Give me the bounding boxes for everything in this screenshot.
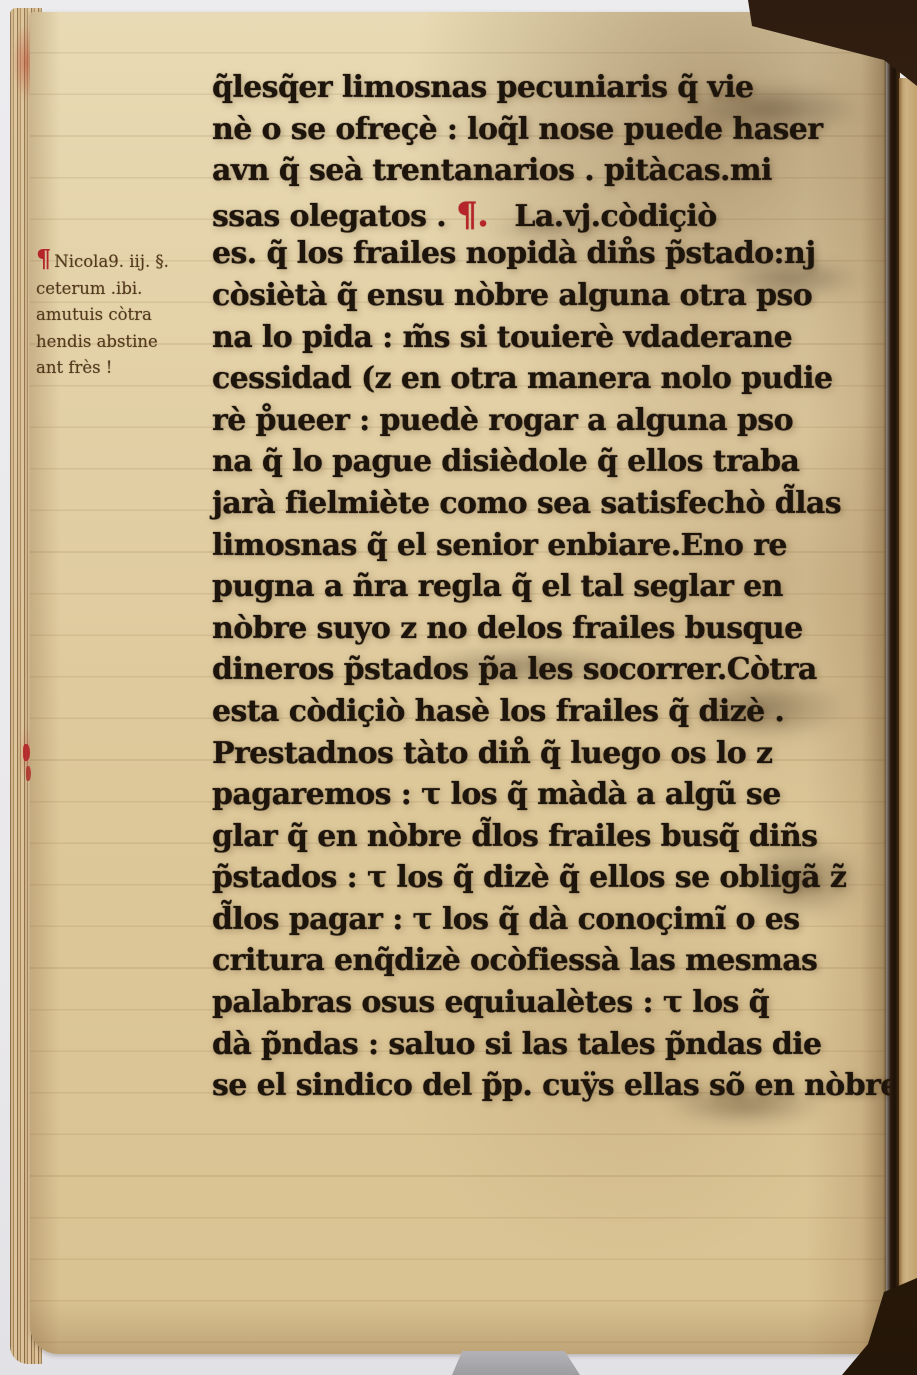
gloss-line: ceterum .ibi. [36, 276, 211, 303]
text-line: dineros p̃stados p̃a les socorrer.Còtra [212, 652, 867, 694]
text-segment: glar q̃ en nòbre d̃los frailes busq̃ diñ… [212, 819, 817, 854]
gloss-text: Nicola9. iij. §. [54, 252, 169, 271]
text-line: Prestadnos tàto din̊ q̃ luego os lo z [212, 736, 867, 778]
text-line: na q̃ lo pague disièdole q̃ ellos traba [212, 444, 867, 486]
text-line: pugna a ñra regla q̃ el tal seglar en [212, 569, 867, 611]
rubric-capitulum-icon: ¶. [456, 195, 488, 235]
text-line: nè o se ofreçè : loq̃l nose puede haser [212, 112, 867, 154]
gloss-line: hendis abstine [36, 329, 211, 356]
text-line: ssas olegatos .¶.La.vj.còdiçiò [212, 195, 867, 237]
text-segment: p̃stados : τ los q̃ dizè q̃ ellos se obl… [212, 860, 846, 895]
text-line: critura enq̃dizè ocòfiessà las mesmas [212, 943, 867, 985]
text-segment: q̃lesq̃er limosnas pecuniaris q̃ vie [212, 70, 754, 105]
text-line: cessidad (z en otra manera nolo pudie [212, 361, 867, 403]
text-segment: còsiètà q̃ ensu nòbre alguna otra pso [212, 278, 812, 313]
text-line: q̃lesq̃er limosnas pecuniaris q̃ vie [212, 70, 867, 112]
text-segment: na q̃ lo pague disièdole q̃ ellos traba [212, 444, 799, 479]
text-line: nòbre suyo z no delos frailes busque [212, 611, 867, 653]
gloss-text: amutuis còtra [36, 305, 152, 324]
text-segment: critura enq̃dizè ocòfiessà las mesmas [212, 943, 817, 978]
gloss-line: ant frès ! [36, 355, 211, 382]
text-line: esta còdiçiò hasè los frailes q̃ dizè . [212, 694, 867, 736]
binding-gutter-shadow [883, 58, 900, 1346]
text-segment: nòbre suyo z no delos frailes busque [212, 611, 803, 646]
book-support [452, 1351, 580, 1375]
text-segment: d̃los pagar : τ los q̃ dà conoçimĩ o es [212, 902, 800, 937]
text-line: glar q̃ en nòbre d̃los frailes busq̃ diñ… [212, 819, 867, 861]
text-segment: palabras osus equiualètes : τ los q̃ [212, 985, 769, 1020]
rubric-capitulum-icon: ¶ [36, 244, 51, 273]
text-line: limosnas q̃ el senior enbiare.Eno re [212, 528, 867, 570]
red-margin-fleck [23, 744, 30, 761]
text-segment: ssas olegatos . [212, 199, 446, 234]
manuscript-photo: ¶Nicola9. iij. §. ceterum .ibi. amutuis … [0, 0, 917, 1375]
text-segment: avn q̃ seà trentanarios . pitàcas.mi [212, 153, 772, 188]
text-line: p̃stados : τ los q̃ dizè q̃ ellos se obl… [212, 860, 867, 902]
text-line: avn q̃ seà trentanarios . pitàcas.mi [212, 153, 867, 195]
text-segment: pagaremos : τ los q̃ màdà a algũ se [212, 777, 781, 812]
gloss-text: ant frès ! [36, 358, 112, 377]
text-line: d̃los pagar : τ los q̃ dà conoçimĩ o es [212, 902, 867, 944]
text-line: es. q̃ los frailes nopidà din̊s p̃stado:… [212, 236, 867, 278]
marginal-gloss: ¶Nicola9. iij. §. ceterum .ibi. amutuis … [36, 246, 211, 382]
text-segment: limosnas q̃ el senior enbiare.Eno re [212, 528, 787, 563]
text-segment: pugna a ñra regla q̃ el tal seglar en [212, 569, 783, 604]
text-line: rè p̊ueer : puedè rogar a alguna pso [212, 403, 867, 445]
gloss-line: amutuis còtra [36, 302, 211, 329]
text-segment: dineros p̃stados p̃a les socorrer.Còtra [212, 652, 817, 687]
text-segment: La.vj.còdiçiò [514, 199, 716, 234]
facing-page-edge [899, 78, 917, 1340]
text-segment: nè o se ofreçè : loq̃l nose puede haser [212, 112, 822, 147]
text-line: se el sindico del p̃p. cuÿs ellas sõ en … [212, 1068, 867, 1110]
text-line: jarà fielmiète como sea satisfechò d̃las [212, 486, 867, 528]
gloss-line: ¶Nicola9. iij. §. [36, 246, 211, 276]
gloss-text: hendis abstine [36, 332, 158, 351]
text-segment: cessidad (z en otra manera nolo pudie [212, 361, 832, 396]
text-segment: rè p̊ueer : puedè rogar a alguna pso [212, 403, 793, 438]
text-line: dà p̃ndas : saluo si las tales p̃ndas di… [212, 1027, 867, 1069]
text-segment: na lo pida : m̃s si touierè vdaderane [212, 320, 792, 355]
text-segment: jarà fielmiète como sea satisfechò d̃las [212, 486, 841, 521]
text-segment: se el sindico del p̃p. cuÿs ellas sõ en … [212, 1068, 899, 1103]
text-line: na lo pida : m̃s si touierè vdaderane [212, 320, 867, 362]
text-segment: dà p̃ndas : saluo si las tales p̃ndas di… [212, 1027, 822, 1062]
text-segment: Prestadnos tàto din̊ q̃ luego os lo z [212, 736, 772, 771]
text-line: còsiètà q̃ ensu nòbre alguna otra pso [212, 278, 867, 320]
gloss-text: ceterum .ibi. [36, 279, 142, 298]
text-line: pagaremos : τ los q̃ màdà a algũ se [212, 777, 867, 819]
text-block: q̃lesq̃er limosnas pecuniaris q̃ vienè o… [212, 70, 867, 1110]
text-line: palabras osus equiualètes : τ los q̃ [212, 985, 867, 1027]
text-segment: esta còdiçiò hasè los frailes q̃ dizè . [212, 694, 784, 729]
text-segment: es. q̃ los frailes nopidà din̊s p̃stado:… [212, 236, 815, 271]
